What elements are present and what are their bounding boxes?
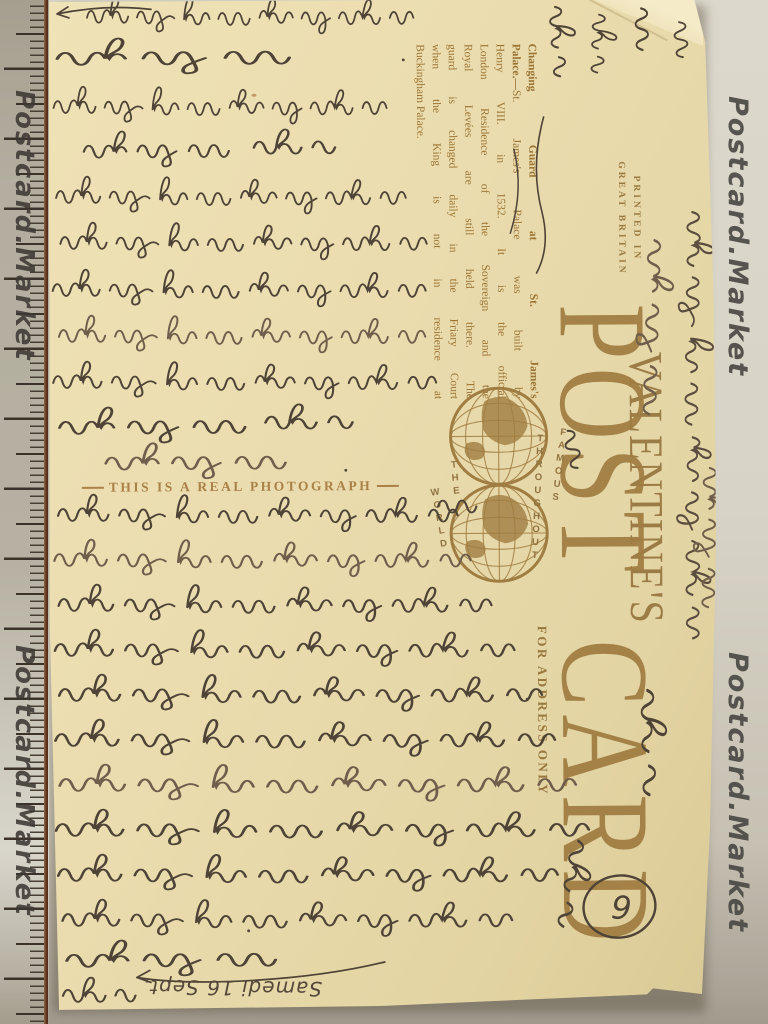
handwritten-date: Samedi 16 Sept. <box>77 971 387 1005</box>
handwritten-number: 6 <box>598 883 645 930</box>
watermark-right-top: Postcard.Market <box>722 96 753 377</box>
handwriting-overlay <box>43 0 721 1014</box>
ruler-watermark-bottom: Postcard.Market <box>9 645 39 917</box>
watermark-right-bottom: Postcard.Market <box>722 652 753 933</box>
postcard: Changing Guard at St. James's Palace.—St… <box>43 0 721 1014</box>
scanned-postcard-page: { "palette": { "card_paper": "#e9dcae", … <box>0 0 768 1024</box>
ruler-edge-line <box>44 0 48 1024</box>
ruler-watermark-top: Postcard.Market <box>9 90 39 362</box>
